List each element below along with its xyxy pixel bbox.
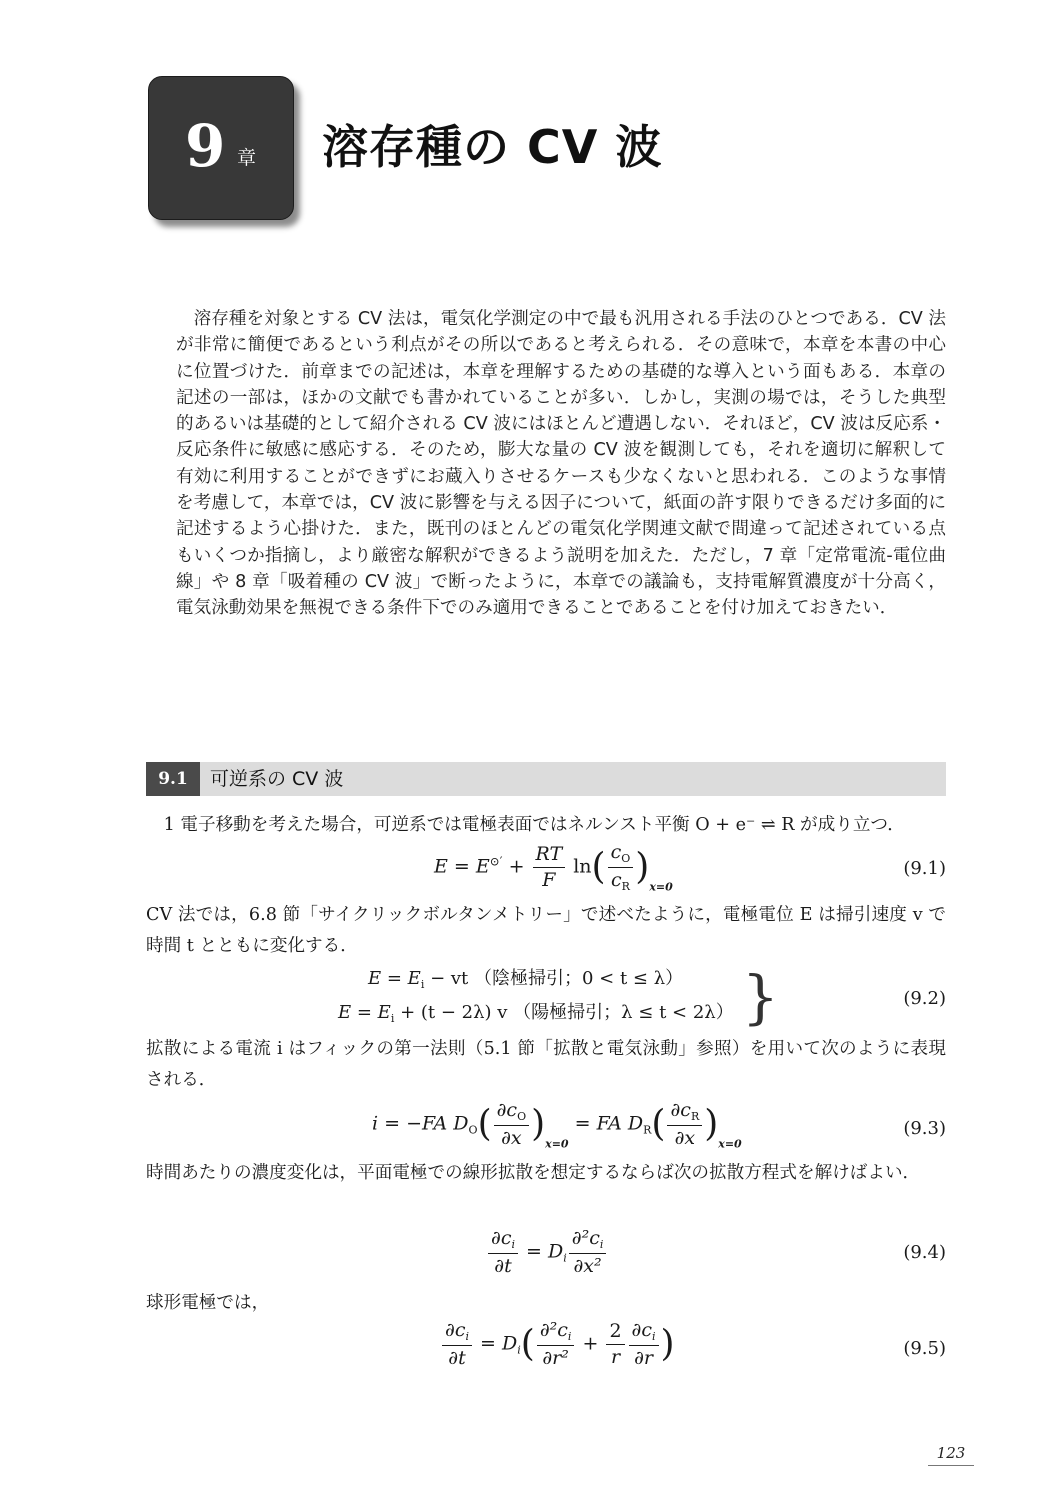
eq1-standard-symbol: ⊙′: [490, 854, 503, 868]
eq1-frac-num: RT: [533, 844, 566, 868]
eq3-cond2: x=0: [718, 1137, 741, 1150]
equation-number-9-5: (9.5): [903, 1338, 946, 1359]
equation-9-3: i = −FA DO(∂cO∂x)x=0 = FA DR(∂cR∂x)x=0: [372, 1100, 742, 1149]
equation-9-2-brace: }: [742, 968, 779, 1026]
eq4-lhs-fraction: ∂ci∂t: [488, 1228, 518, 1277]
eq4-lhs-num-sub: i: [511, 1238, 515, 1251]
equation-number-9-1: (9.1): [903, 858, 946, 879]
body-paragraph-4: 時間あたりの濃度変化は，平面電極での線形拡散を想定するならば次の拡散方程式を解け…: [146, 1158, 946, 1189]
eq3-num2: ∂c: [670, 1099, 690, 1121]
eq5-equals-d: = D: [474, 1332, 517, 1354]
eq4-equals-d: = D: [520, 1240, 563, 1262]
eq5-t1-num: ∂²c: [540, 1319, 568, 1341]
eq3-num1: ∂c: [497, 1099, 517, 1121]
equation-9-4: ∂ci∂t = Di∂²ci∂x²: [486, 1228, 608, 1277]
eq2-line1-rest: − vt （陰極掃引；0 < t ≤ λ）: [424, 968, 683, 989]
intro-paragraph: 溶存種を対象とする CV 法は，電気化学測定の中で最も汎用される手法のひとつであ…: [176, 306, 946, 622]
body-paragraph-1: 1 電子移動を考えた場合，可逆系では電極表面ではネルンスト平衡 O + e⁻ ⇌…: [146, 810, 946, 841]
eq5-term1: ∂²ci∂r²: [537, 1320, 575, 1369]
chapter-label: 章: [237, 149, 256, 168]
eq5-lhs-fraction: ∂ci∂t: [442, 1320, 472, 1369]
eq3-den1: ∂x: [498, 1126, 525, 1149]
equation-number-9-3: (9.3): [903, 1118, 946, 1139]
eq5-t1-den: ∂r²: [539, 1346, 572, 1369]
body-paragraph-2: CV 法では，6.8 節「サイクリックボルタンメトリー」で述べたように，電極電位…: [146, 900, 946, 962]
eq4-lhs-num: ∂c: [491, 1227, 511, 1249]
eq3-cond1: x=0: [545, 1137, 568, 1150]
eq4-rhs-fraction: ∂²ci∂x²: [569, 1228, 607, 1277]
section-number: 9.1: [146, 762, 200, 796]
eq1-conc-ratio: cOcR: [608, 842, 634, 893]
eq3-d-sub-o: O: [469, 1123, 478, 1136]
eq1-plus: +: [503, 856, 531, 878]
eq4-rhs-den: ∂x²: [570, 1254, 604, 1277]
section-title: 可逆系の CV 波: [210, 766, 343, 792]
equation-number-9-4: (9.4): [903, 1242, 946, 1263]
equation-number-9-2: (9.2): [903, 988, 946, 1009]
eq1-c-o: c: [611, 841, 622, 863]
eq5-plus: +: [576, 1332, 604, 1354]
eq4-rhs-num: ∂²c: [572, 1227, 600, 1249]
eq2-line1-lhs: E = E: [368, 968, 421, 989]
equation-9-2-line-1: E = Ei − vt （陰極掃引；0 < t ≤ λ）: [368, 970, 683, 990]
eq5-lhs-den: ∂t: [445, 1346, 468, 1369]
equation-9-2-line-2: E = Ei + (t − 2λ) v （陽極掃引；λ ≤ t < 2λ）: [338, 1004, 734, 1024]
eq4-rhs-num-sub: i: [600, 1238, 604, 1251]
eq5-term2: 2r: [606, 1321, 624, 1368]
eq1-sub-r: R: [622, 880, 630, 893]
eq4-d-sub: i: [563, 1251, 567, 1264]
eq3-mid: = FA D: [569, 1112, 644, 1134]
section-header: 9.1 可逆系の CV 波: [146, 762, 946, 796]
equation-9-1: E = E⊙′ + RTF ln(cOcR)x=0: [434, 842, 673, 893]
eq3-num2-sub: R: [691, 1110, 699, 1123]
eq5-lhs-num: ∂c: [445, 1319, 465, 1341]
chapter-number-box: 9 章: [148, 76, 294, 220]
eq3-den2: ∂x: [672, 1126, 699, 1149]
eq4-lhs-den: ∂t: [491, 1254, 514, 1277]
eq5-t2-den: r: [608, 1345, 623, 1368]
eq1-fraction: RTF: [533, 844, 566, 891]
chapter-title: 溶存種の CV 波: [322, 124, 662, 170]
eq3-num1-sub: O: [517, 1110, 526, 1123]
eq5-term3: ∂ci∂r: [629, 1320, 659, 1369]
eq1-c-r: c: [611, 869, 622, 891]
equation-9-5: ∂ci∂t = Di(∂²ci∂r² + 2r∂ci∂r): [440, 1320, 675, 1369]
eq2-line2-rest: + (t − 2λ) v （陽極掃引；λ ≤ t < 2λ）: [394, 1002, 733, 1023]
eq3-lhs: i = −FA D: [372, 1112, 469, 1134]
eq1-sub-o: O: [621, 852, 630, 865]
eq5-t2-num: 2: [606, 1321, 624, 1345]
body-paragraph-3: 拡散による電流 i はフィックの第一法則（5.1 節「拡散と電気泳動」参照）を用…: [146, 1034, 946, 1096]
chapter-intro: 溶存種を対象とする CV 法は，電気化学測定の中で最も汎用される手法のひとつであ…: [176, 306, 946, 622]
eq5-t3-den: ∂r: [631, 1346, 656, 1369]
eq1-ln: ln: [567, 856, 591, 878]
eq5-t3-num-sub: i: [652, 1330, 656, 1343]
eq1-condition: x=0: [649, 881, 672, 894]
eq5-t1-num-sub: i: [568, 1330, 572, 1343]
eq3-gradient-r: ∂cR∂x: [667, 1100, 702, 1149]
eq5-t3-num: ∂c: [632, 1319, 652, 1341]
eq1-lhs: E = E: [434, 856, 490, 878]
chapter-number: 9: [185, 117, 225, 175]
eq2-line2-lhs: E = E: [338, 1002, 391, 1023]
eq3-gradient-o: ∂cO∂x: [494, 1100, 530, 1149]
eq1-frac-den: F: [539, 868, 558, 891]
page-number: 123: [928, 1444, 974, 1466]
body-paragraph-5: 球形電極では，: [146, 1288, 946, 1319]
eq5-lhs-num-sub: i: [465, 1330, 469, 1343]
